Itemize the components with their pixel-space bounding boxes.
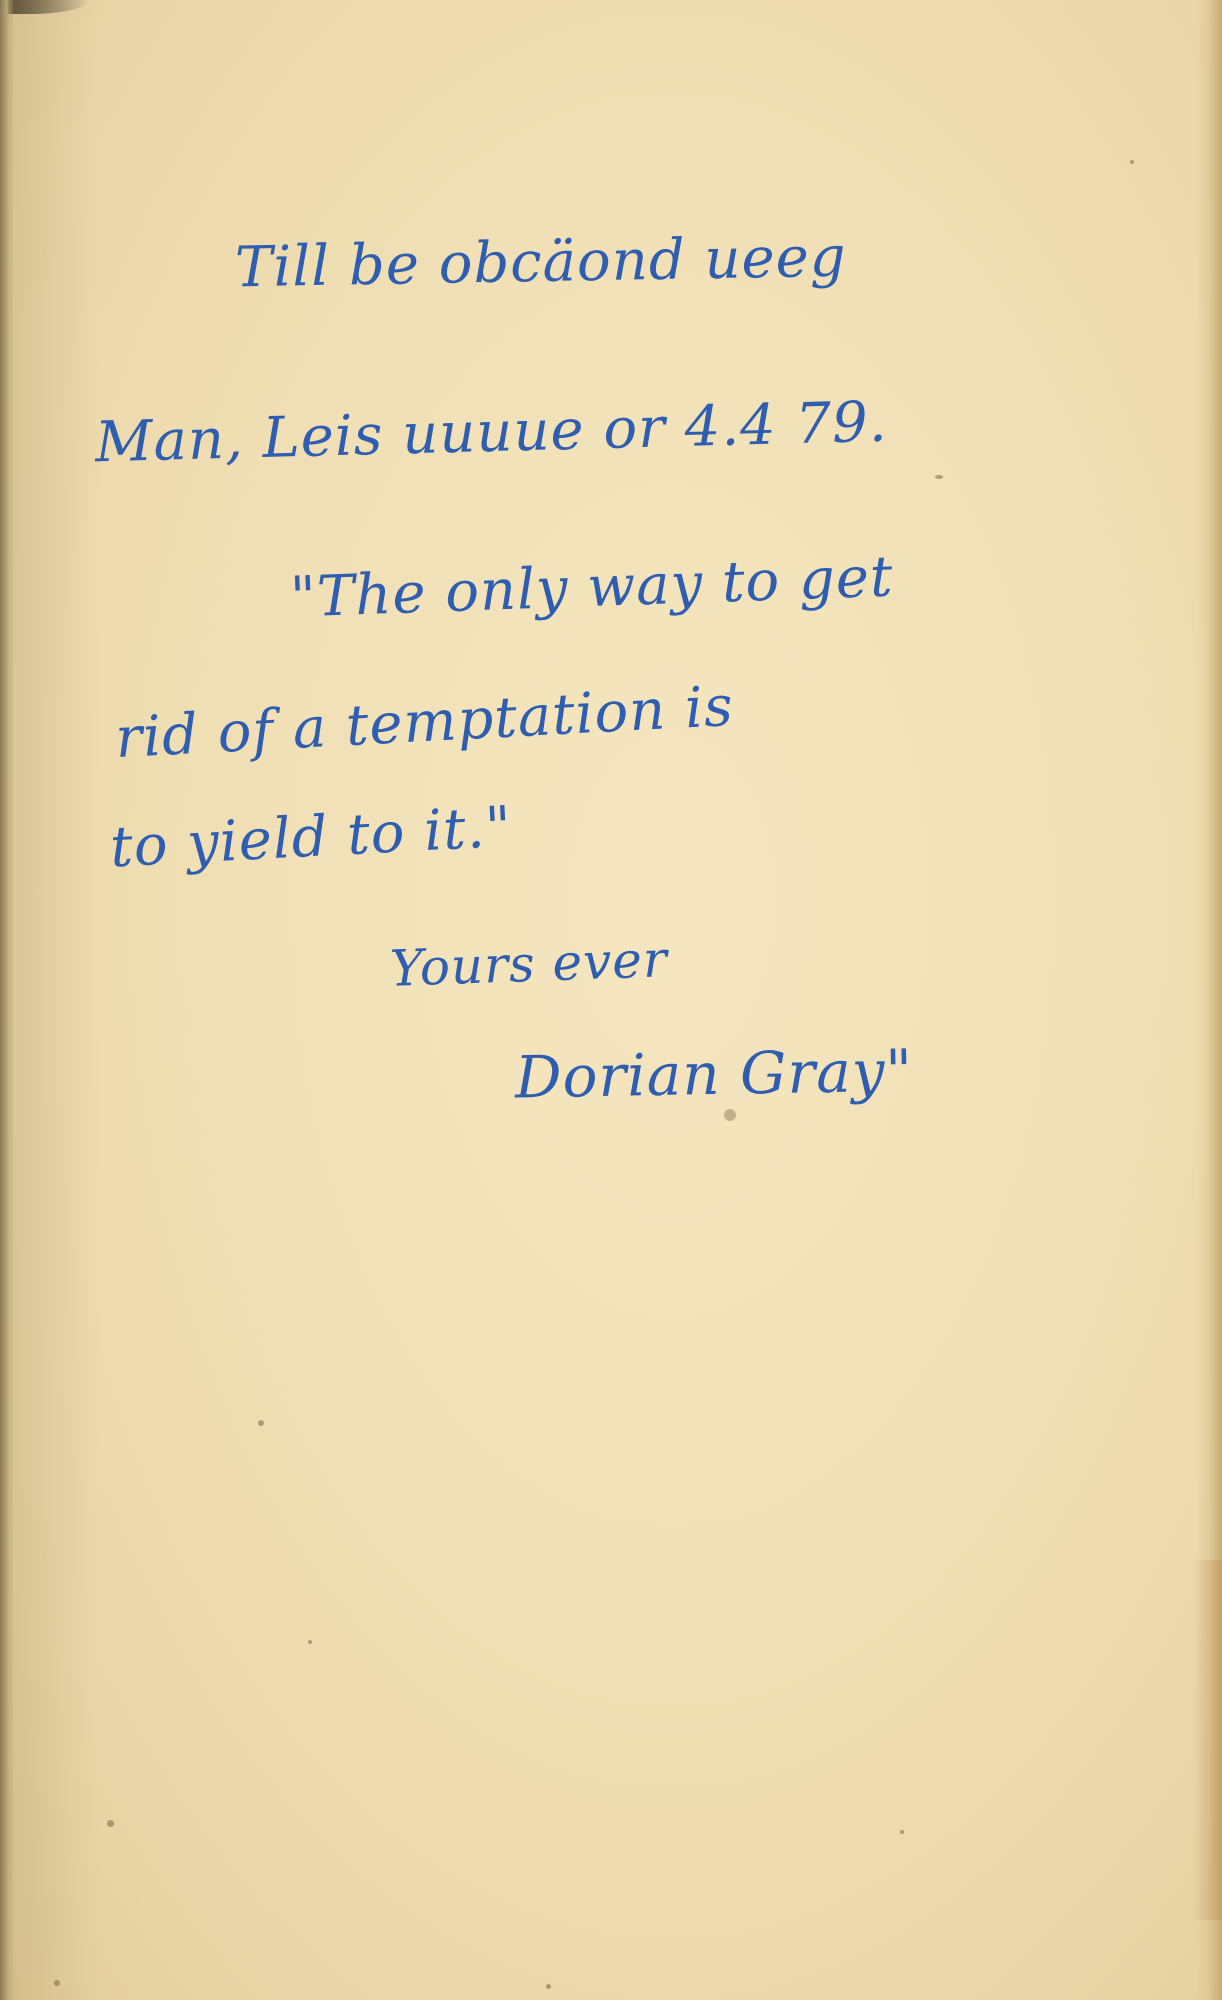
- foxing-speck: [1130, 160, 1134, 164]
- foxing-speck: [107, 1820, 114, 1827]
- closing: Yours ever: [389, 930, 669, 998]
- gutter-shadow: [10, 0, 100, 2000]
- inscription-line-2: Man, Leis uuuue or 4.4 79.: [94, 390, 888, 476]
- inscription-line-1: Till be obcäond ueeg: [234, 225, 847, 301]
- foxing-speck: [935, 475, 943, 479]
- foxing-speck: [308, 1640, 312, 1644]
- signature: Dorian Gray": [514, 1037, 913, 1112]
- foxing-speck: [258, 1420, 264, 1426]
- foxing-speck: [724, 1109, 736, 1121]
- foxing-speck: [546, 1984, 551, 1989]
- book-page: Till be obcäond ueeg Man, Leis uuuue or …: [0, 0, 1222, 2000]
- foxing-stain: [1192, 1560, 1222, 1920]
- foxing-speck: [54, 1980, 60, 1986]
- quote-line-3: to yield to it.": [109, 795, 514, 881]
- foxing-speck: [900, 1830, 904, 1834]
- quote-line-2: rid of a temptation is: [114, 674, 735, 771]
- quote-line-1: "The only way to get: [289, 544, 894, 630]
